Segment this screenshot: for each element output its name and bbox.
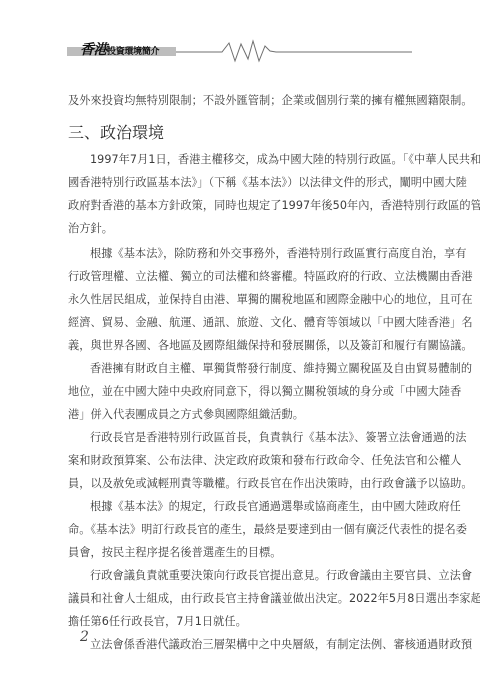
text-line: 行政管理權、立法權、獨立的司法權和終審權。特區政府的行政、立法機關由香港	[68, 270, 418, 284]
text-line: 經濟、貿易、金融、航運、通訊、旅遊、文化、體育等領域以「中國大陸香港」名	[68, 316, 418, 330]
text-line: 根據《基本法》，除防務和外交事務外，香港特別行政區實行高度自治，享有	[68, 247, 418, 261]
text-line: 香港擁有財政自主權、單獨貨幣發行制度、維持獨立關稅區及自由貿易體制的	[68, 362, 418, 376]
text-line: 命。《基本法》明訂行政長官的產生，最終是要達到由一個有廣泛代表性的提名委	[68, 523, 418, 537]
text-line: 國香港特別行政區基本法》」（下稱《基本法》）以法律文件的形式，闡明中國大陸	[68, 176, 418, 190]
page-number: 2	[80, 629, 89, 645]
text-line: 治方針。	[68, 222, 418, 236]
text-line: 地位，並在中國大陸中央政府同意下，得以獨立關稅領域的身分或「中國大陸香	[68, 385, 418, 399]
text-line: 港」併入代表團成員之方式參與國際組織活動。	[68, 408, 418, 422]
text-line: 議員和社會人士組成，由行政長官主持會議並做出決定。2022年5月8日選出李家超	[68, 592, 418, 606]
running-header: 香港投資環境簡介	[0, 0, 480, 80]
text-line: 行政長官是香港特別行政區首長，負責執行《基本法》、簽署立法會通過的法	[68, 431, 418, 445]
text-line: 義，與世界各國、各地區及國際組織保持和發展關係，以及簽訂和履行有關協議。	[68, 339, 418, 353]
text-line: 政府對香港的基本方針政策，同時也規定了1997年後50年內，香港特別行政區的管	[68, 199, 418, 213]
text-line: 根據《基本法》的規定，行政長官通過選舉或協商產生，由中國大陸政府任	[68, 500, 418, 514]
text-line: 擔任第6任行政長官，7月1日就任。	[68, 615, 418, 629]
text-line: 案和財政預算案、公布法律、決定政府政策和發布行政命令、任免法官和公權人	[68, 454, 418, 468]
text-line: 1997年7月1日，香港主權移交，成為中國大陸的特別行政區。「《中華人民共和	[68, 153, 418, 167]
text-line: 永久性居民組成，並保持自由港、單獨的關稅地區和國際金融中心的地位，且可在	[68, 293, 418, 307]
section-heading: 三、政治環境	[68, 123, 164, 143]
text-line: 員會，按民主程序提名後普選產生的目標。	[68, 546, 418, 560]
text-line: 立法會係香港代議政治三層架構中之中央層級，有制定法例、審核通過財政預	[68, 638, 418, 652]
text-line: 行政會議負責就重要決策向行政長官提出意見。行政會議由主要官員、立法會	[68, 569, 418, 583]
header-title-large: 香港	[80, 42, 107, 58]
header-title: 香港投資環境簡介	[80, 40, 159, 58]
zigzag-ornament-icon	[0, 0, 480, 70]
text-line: 及外來投資均無特別限制；不設外匯管制；企業或個別行業的擁有權無國籍限制。	[68, 94, 418, 108]
header-title-small: 投資環境簡介	[107, 47, 159, 57]
text-line: 員，以及赦免或減輕刑責等職權。行政長官在作出決策時，由行政會議予以協助。	[68, 477, 418, 491]
